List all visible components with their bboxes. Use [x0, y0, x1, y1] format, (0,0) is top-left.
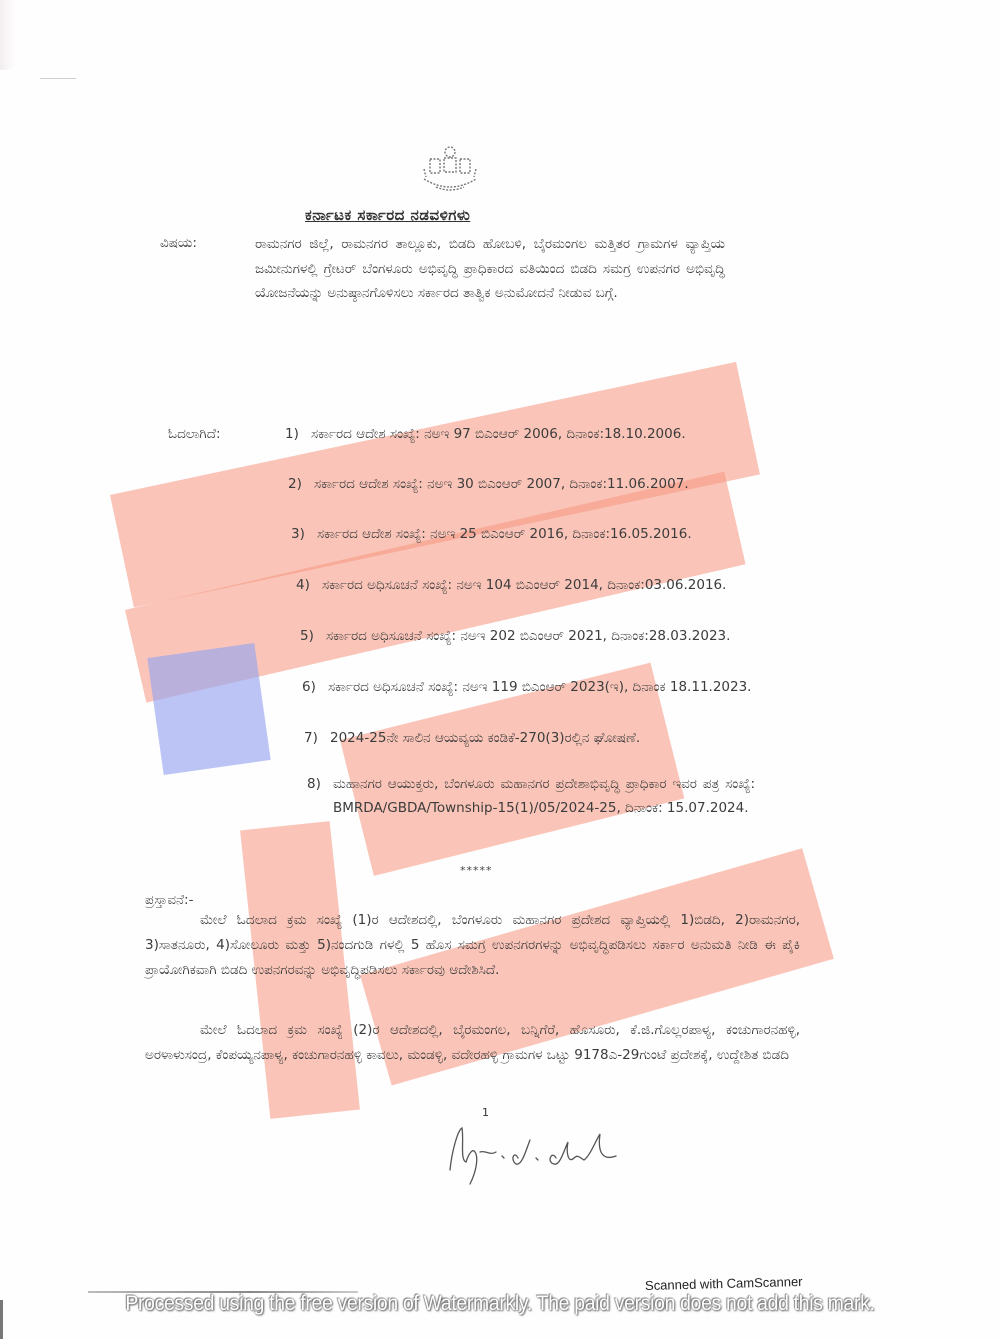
document-title: ಕರ್ನಾಟಕ ಸರ್ಕಾರದ ನಡವಳಿಗಳು: [305, 206, 470, 224]
subject-label: ವಿಷಯ:: [160, 235, 197, 251]
document-body: ಕರ್ನಾಟಕ ಸರ್ಕಾರದ ನಡವಳಿಗಳು ವಿಷಯ: ರಾಮನಗರ ಜಿ…: [0, 0, 1000, 1339]
karnataka-emblem-icon: [416, 143, 484, 199]
subject-text: ರಾಮನಗರ ಜಿಲ್ಲೆ, ರಾಮನಗರ ತಾಲ್ಲೂಕು, ಬಿಡದಿ ಹೋ…: [255, 232, 725, 306]
section-separator: *****: [460, 864, 493, 877]
scan-edge-bar: [0, 1300, 3, 1339]
preamble-heading: ಪ್ರಸ್ತಾವನೆ:-: [145, 892, 193, 908]
preamble-paragraph: ಮೇಲೆ ಓದಲಾದ ಕ್ರಮ ಸಂಖ್ಯೆ (2)ರ ಆದೇಶದಲ್ಲಿ, ಬ…: [145, 1018, 800, 1068]
signature-icon: [440, 1120, 670, 1190]
preamble-paragraph: ಮೇಲೆ ಓದಲಾದ ಕ್ರಮ ಸಂಖ್ಯೆ (1)ರ ಆದೇಶದಲ್ಲಿ, ಬ…: [145, 908, 800, 983]
page-number: 1: [482, 1106, 489, 1119]
references-label: ಓದಲಾಗಿದೆ:: [168, 426, 221, 442]
watermark-notice: Processed using the free version of Wate…: [40, 1292, 960, 1316]
camscanner-label: Scanned with CamScanner: [645, 1274, 803, 1293]
